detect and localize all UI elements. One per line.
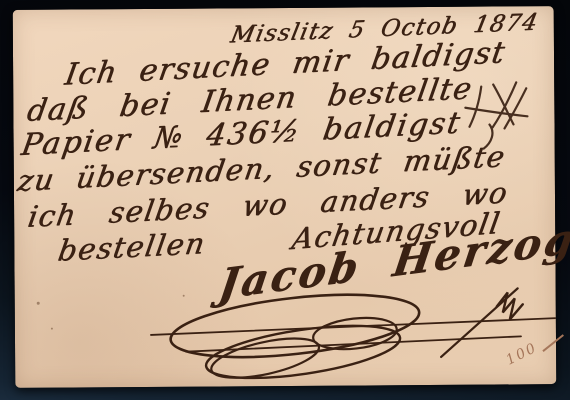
paper-speck bbox=[183, 295, 185, 297]
pencil-number: 100 bbox=[504, 340, 540, 369]
postcard: Misslitz 5 Octob 1874 Ich ersuche mir ba… bbox=[13, 6, 557, 388]
scan-background: Misslitz 5 Octob 1874 Ich ersuche mir ba… bbox=[0, 0, 570, 400]
paper-speck bbox=[37, 302, 40, 305]
pencil-slash-mark bbox=[542, 334, 563, 351]
handwriting-line: bestellen bbox=[56, 226, 209, 268]
paper-speck bbox=[51, 328, 53, 330]
